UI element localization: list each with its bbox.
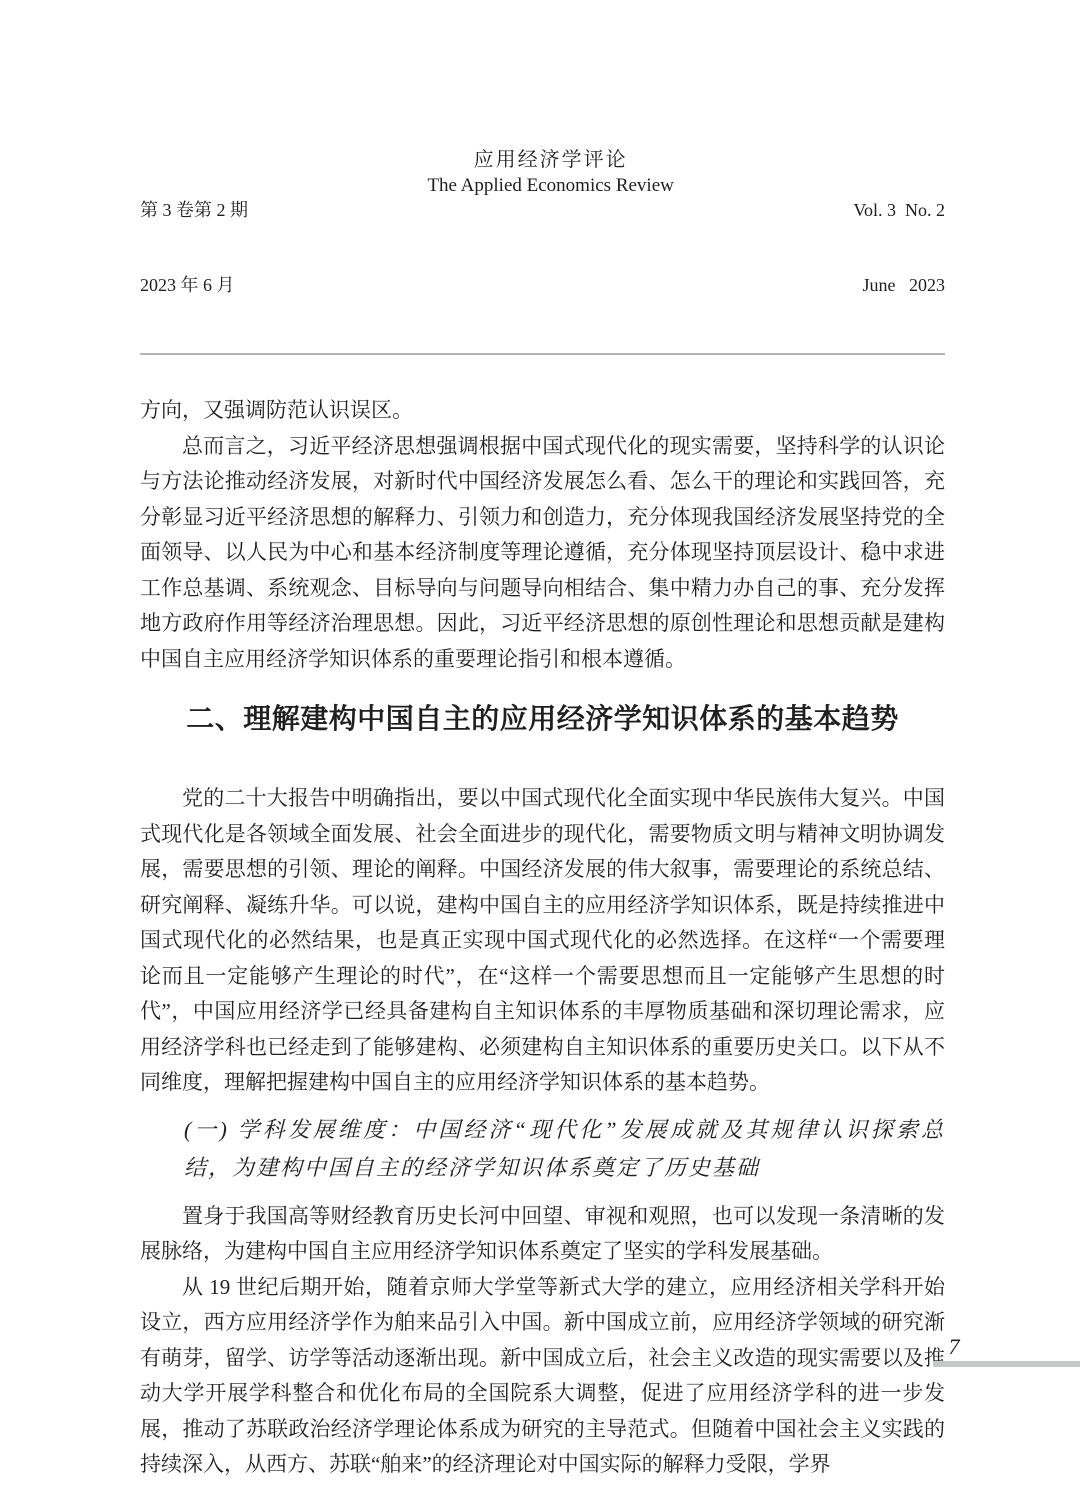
journal-title-block: 应用经济学评论 The Applied Economics Review [248, 148, 853, 198]
page-content: 第 3 卷第 2 期 2023 年 6 月 应用经济学评论 The Applie… [140, 148, 945, 1483]
section-heading: 二、理解建构中国自主的应用经济学知识体系的基本趋势 [140, 699, 945, 741]
journal-page: 第 3 卷第 2 期 2023 年 6 月 应用经济学评论 The Applie… [0, 0, 1080, 1504]
page-number: 7 [942, 1334, 966, 1360]
paragraph-2: 党的二十大报告中明确指出，要以中国式现代化全面实现中华民族伟大复兴。中国式现代化… [140, 781, 945, 1101]
article-body: 方向，又强调防范认识误区。 总而言之，习近平经济思想强调根据中国式现代化的现实需… [140, 393, 945, 1483]
volume-issue-cn: 第 3 卷第 2 期 [140, 198, 248, 223]
subsection-heading: (一) 学科发展维度：中国经济“现代化”发展成就及其规律认识探索总结，为建构中国… [140, 1111, 945, 1187]
date-en: June 2023 [853, 273, 945, 298]
running-head: 第 3 卷第 2 期 2023 年 6 月 应用经济学评论 The Applie… [140, 148, 945, 355]
paragraph-3: 置身于我国高等财经教育历史长河中回望、审视和观照，也可以发现一条清晰的发展脉络，… [140, 1199, 945, 1270]
date-cn: 2023 年 6 月 [140, 273, 248, 298]
issue-info-en: Vol. 3 No. 2 June 2023 [853, 148, 945, 348]
volume-issue-en: Vol. 3 No. 2 [853, 198, 945, 223]
paragraph-4: 从 19 世纪后期开始，随着京师大学堂等新式大学的建立，应用经济相关学科开始设立… [140, 1270, 945, 1483]
journal-title-cn: 应用经济学评论 [248, 148, 853, 173]
issue-info-cn: 第 3 卷第 2 期 2023 年 6 月 [140, 148, 248, 348]
journal-title-en: The Applied Economics Review [248, 173, 853, 198]
paragraph-1: 总而言之，习近平经济思想强调根据中国式现代化的现实需要，坚持科学的认识论与方法论… [140, 429, 945, 678]
paragraph-continued: 方向，又强调防范认识误区。 [140, 393, 945, 429]
page-number-bar [933, 1361, 1080, 1367]
